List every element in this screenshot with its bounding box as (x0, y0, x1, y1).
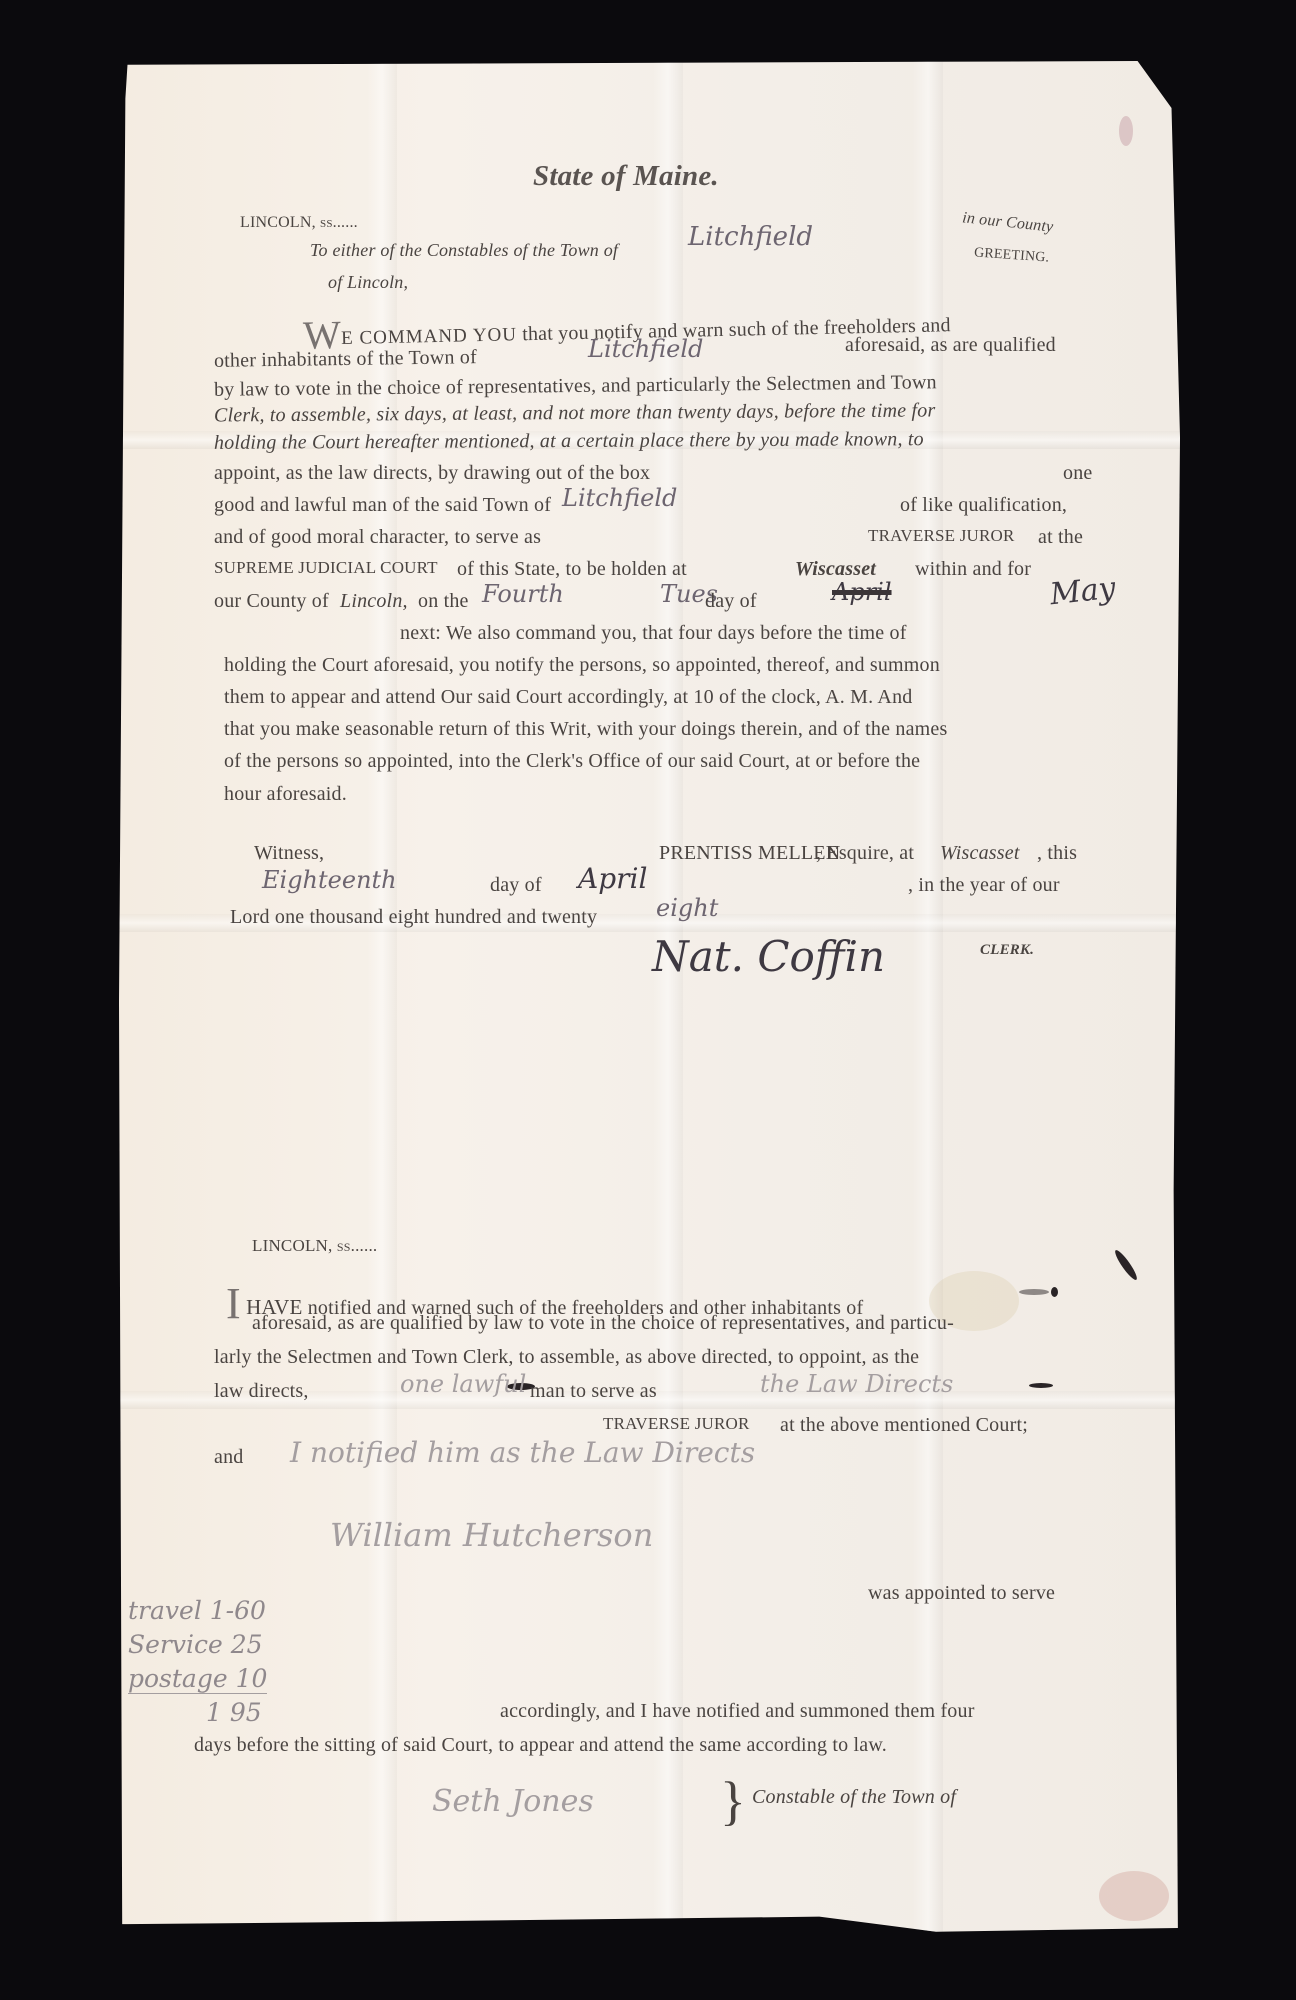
ink-blot (1051, 1287, 1058, 1297)
handwritten-ordinal: Fourth (482, 580, 564, 608)
handwritten-town: Litchfield (688, 222, 813, 252)
text-line: law directs, (214, 1380, 309, 1403)
traverse-juror: TRAVERSE JUROR (868, 526, 1015, 546)
county-name: Lincoln, (340, 590, 408, 613)
fee-service: Service 25 (128, 1630, 263, 1659)
traverse-juror: TRAVERSE JUROR (603, 1414, 750, 1434)
county-venue: LINCOLN, ss...... (240, 214, 358, 232)
witness-label: Witness, (254, 842, 324, 865)
text-line: aforesaid, as are qualified (845, 334, 1056, 357)
handwritten-notified: I notified him as the Law Directs (290, 1436, 755, 1469)
drop-cap: I (226, 1279, 241, 1328)
ink-blot (1019, 1289, 1049, 1295)
juror-name: William Hutcherson (330, 1516, 653, 1554)
text-line: of like qualification, (900, 494, 1067, 517)
text-line: our County of (214, 590, 329, 613)
handwritten-month: April (578, 862, 647, 895)
text-line: Lord one thousand eight hundred and twen… (230, 906, 597, 929)
court-name: SUPREME JUDICIAL COURT (214, 558, 438, 578)
text-line: and of good moral character, to serve as (214, 526, 541, 549)
handwritten-year: eight (656, 894, 718, 922)
text-line: day of (490, 874, 542, 897)
fee-total: 1 95 (206, 1698, 262, 1727)
constable-signature: Seth Jones (432, 1784, 594, 1819)
text-line: of this State, to be holden at (457, 558, 687, 581)
text-line: larly the Selectmen and Town Clerk, to a… (214, 1346, 919, 1369)
text-line: , Esquire, at (816, 842, 914, 865)
clerk-signature: Nat. Coffin (652, 932, 885, 981)
ink-blot (1112, 1248, 1139, 1282)
command-lead: E COMMAND YOU (341, 324, 517, 349)
handwritten-one-lawful: one lawful (400, 1370, 526, 1398)
text-line: within and for (915, 558, 1031, 581)
handwritten-town: Litchfield (588, 335, 703, 363)
text-line: appoint, as the law directs, by drawing … (214, 462, 650, 485)
text-line: good and lawful man of the said Town of (214, 494, 551, 517)
text-line: aforesaid, as are qualified by law to vo… (252, 1312, 954, 1335)
text-line: at the above mentioned Court; (780, 1414, 1028, 1437)
text-line: and (214, 1446, 243, 1469)
clerk-label: CLERK. (980, 942, 1034, 959)
document-title: State of Maine. (533, 160, 719, 193)
water-stain (1099, 1871, 1169, 1921)
witness-place: Wiscasset (940, 842, 1020, 865)
handwritten-town: Litchfield (562, 484, 677, 512)
ink-mark (1119, 116, 1133, 146)
text-line: on the (418, 590, 469, 613)
of-lincoln: of Lincoln, (328, 272, 408, 293)
ink-blot (1029, 1383, 1053, 1388)
text-line: days before the sitting of said Court, t… (194, 1734, 887, 1757)
text-line: at the (1038, 526, 1083, 549)
text-line: next: We also command you, that four day… (400, 622, 907, 645)
fee-travel: travel 1-60 (128, 1596, 266, 1625)
constable-label: Constable of the Town of (752, 1786, 956, 1809)
text-line: that you make seasonable return of this … (224, 718, 947, 741)
address-line: To either of the Constables of the Town … (310, 240, 618, 261)
witness-name: PRENTISS MELLEN (659, 842, 840, 865)
text-line: was appointed to serve (868, 1582, 1055, 1605)
text-line: day of (705, 590, 757, 613)
handwritten-day: Eighteenth (262, 866, 397, 894)
text-line: hour aforesaid. (224, 783, 347, 806)
text-line: one (1063, 462, 1092, 485)
text-line: , in the year of our (908, 874, 1060, 897)
brace: } (720, 1770, 746, 1832)
text-line: holding the Court hereafter mentioned, a… (214, 428, 924, 455)
text-line: accordingly, and I have notified and sum… (500, 1700, 975, 1723)
county-venue: LINCOLN, ss...... (252, 1236, 377, 1256)
text-line: , this (1037, 842, 1077, 865)
text-line: man to serve as (530, 1380, 657, 1403)
text-line: other inhabitants of the Town of (214, 346, 477, 373)
fee-postage: postage 10 (128, 1664, 267, 1694)
text-line: of the persons so appointed, into the Cl… (224, 750, 920, 773)
handwritten-law-directs: the Law Directs (760, 1370, 953, 1398)
text-line: holding the Court aforesaid, you notify … (224, 654, 940, 677)
struck-month: April (832, 578, 892, 606)
handwritten-month: May (1048, 571, 1117, 613)
text-line: them to appear and attend Our said Court… (224, 686, 912, 709)
